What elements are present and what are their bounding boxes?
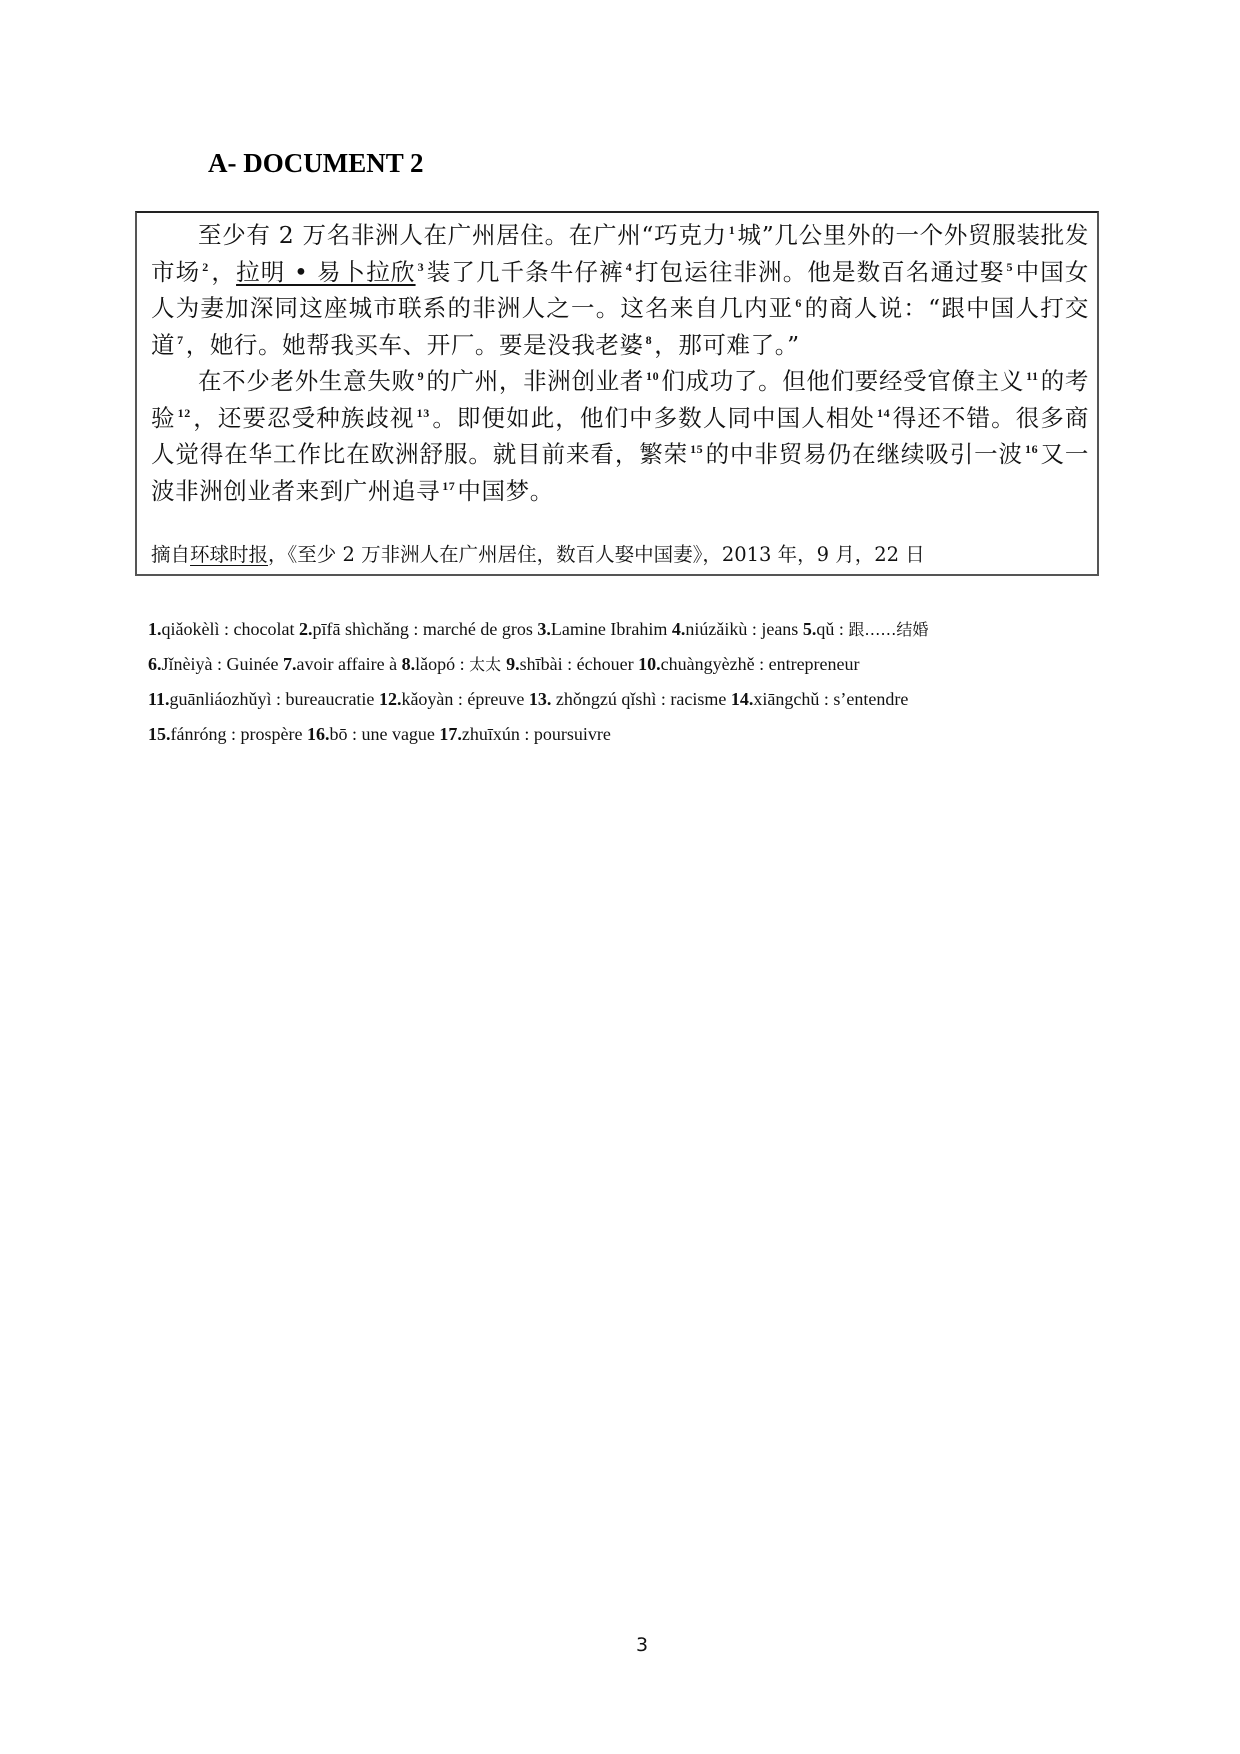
text-segment: ， xyxy=(211,258,236,286)
glossary-number: 1. xyxy=(148,619,162,639)
text-segment: ，那可难了。” xyxy=(654,331,799,359)
footnote-ref: 3 xyxy=(416,260,427,274)
glossary-number: 15. xyxy=(148,724,171,744)
source-publication: 环球时报 xyxy=(190,543,268,566)
text-segment: 至少有 2 万名非洲人在广州居住。在广州“巧克力 xyxy=(198,221,727,249)
underlined-name: 拉明 • 易卜拉欣 xyxy=(236,258,416,286)
glossary-line: 1.qiǎokèlì : chocolat 2.pīfā shìchǎng : … xyxy=(148,612,1108,647)
glossary-definition: avoir affaire à xyxy=(296,654,401,674)
text-segment: 打包运往非洲。他是数百名通过娶 xyxy=(634,258,1004,286)
footnote-ref: 17 xyxy=(440,479,457,493)
footnote-ref: 14 xyxy=(875,406,892,420)
text-segment: ，还要忍受种族歧视 xyxy=(193,404,415,432)
document-title: A- DOCUMENT 2 xyxy=(208,148,424,179)
text-segment: 装了几千条牛仔裤 xyxy=(426,258,624,286)
source-details: ，《至少 2 万非洲人在广州居住，数百人娶中国妻》，2013 年，9 月，22 … xyxy=(268,543,925,566)
glossary-chinese: 太太 xyxy=(469,655,506,674)
footnote-ref: 5 xyxy=(1004,260,1015,274)
glossary-definition: bō : une vague xyxy=(329,724,439,744)
text-segment: 中国梦。 xyxy=(457,477,553,505)
footnote-ref: 7 xyxy=(175,333,186,347)
source-prefix: 摘自 xyxy=(151,543,190,566)
vocabulary-glossary: 1.qiǎokèlì : chocolat 2.pīfā shìchǎng : … xyxy=(148,612,1108,752)
footnote-ref: 2 xyxy=(200,260,211,274)
glossary-number: 2. xyxy=(299,619,313,639)
glossary-number: 4. xyxy=(672,619,686,639)
text-segment: 们成功了。但他们要经受官僚主义 xyxy=(661,367,1024,395)
footnote-ref: 12 xyxy=(176,406,193,420)
text-segment: 的广州，非洲创业者 xyxy=(426,367,644,395)
glossary-chinese: 跟……结婚 xyxy=(848,620,928,639)
glossary-number: 17. xyxy=(439,724,462,744)
glossary-number: 14. xyxy=(731,689,754,709)
glossary-definition: niúzǎikù : jeans xyxy=(685,619,802,639)
footnote-ref: 1 xyxy=(727,223,738,237)
text-segment: 。即便如此，他们中多数人同中国人相处 xyxy=(432,404,875,432)
glossary-number: 12. xyxy=(379,689,402,709)
glossary-number: 7. xyxy=(283,654,297,674)
glossary-number: 3. xyxy=(537,619,551,639)
glossary-number: 11. xyxy=(148,689,170,709)
glossary-number: 9. xyxy=(506,654,520,674)
text-segment: 的中非贸易仍在继续吸引一波 xyxy=(705,440,1023,468)
glossary-line: 15.fánróng : prospère 16.bō : une vague … xyxy=(148,717,1108,752)
glossary-number: 6. xyxy=(148,654,162,674)
footnote-ref: 10 xyxy=(644,369,661,383)
article-box: 至少有 2 万名非洲人在广州居住。在广州“巧克力1城”几公里外的一个外贸服装批发… xyxy=(135,211,1099,576)
footnote-ref: 4 xyxy=(624,260,635,274)
footnote-ref: 16 xyxy=(1023,442,1040,456)
article-paragraph-2: 在不少老外生意失败9的广州，非洲创业者10们成功了。但他们要经受官僚主义11的考… xyxy=(151,363,1089,509)
glossary-line: 11.guānliáozhǔyì : bureaucratie 12.kǎoyà… xyxy=(148,682,1108,717)
glossary-number: 16. xyxy=(307,724,330,744)
glossary-definition: qǔ : xyxy=(816,619,848,639)
glossary-definition: lǎopó : xyxy=(415,654,469,674)
glossary-definition: xiāngchǔ : s’entendre xyxy=(753,689,908,709)
text-segment: 在不少老外生意失败 xyxy=(198,367,416,395)
glossary-definition: guānliáozhǔyì : bureaucratie xyxy=(170,689,379,709)
glossary-definition: qiǎokèlì : chocolat xyxy=(162,619,299,639)
glossary-definition: Lamine Ibrahim xyxy=(551,619,672,639)
glossary-definition: zhuīxún : poursuivre xyxy=(462,724,611,744)
glossary-definition: pīfā shìchǎng : marché de gros xyxy=(312,619,537,639)
footnote-ref: 8 xyxy=(644,333,655,347)
text-segment: ，她行。她帮我买车、开厂。要是没我老婆 xyxy=(186,331,644,359)
glossary-number: 8. xyxy=(402,654,416,674)
footnote-ref: 9 xyxy=(416,369,427,383)
glossary-line: 6.Jǐnèiyà : Guinée 7.avoir affaire à 8.l… xyxy=(148,647,1108,682)
footnote-ref: 13 xyxy=(415,406,432,420)
glossary-definition: Jǐnèiyà : Guinée xyxy=(162,654,283,674)
page-number: 3 xyxy=(636,1634,648,1656)
article-source: 摘自环球时报，《至少 2 万非洲人在广州居住，数百人娶中国妻》，2013 年，9… xyxy=(151,540,1087,570)
glossary-definition: fánróng : prospère xyxy=(171,724,307,744)
glossary-number: 5. xyxy=(803,619,817,639)
glossary-number: 10. xyxy=(638,654,661,674)
article-paragraph-1: 至少有 2 万名非洲人在广州居住。在广州“巧克力1城”几公里外的一个外贸服装批发… xyxy=(151,217,1089,363)
footnote-ref: 15 xyxy=(688,442,705,456)
glossary-definition: kǎoyàn : épreuve xyxy=(401,689,528,709)
glossary-definition: chuàngyèzhě : entrepreneur xyxy=(661,654,860,674)
footnote-ref: 6 xyxy=(793,296,804,310)
footnote-ref: 11 xyxy=(1024,369,1041,383)
glossary-number: 13. xyxy=(529,689,552,709)
glossary-definition: zhǒngzú qǐshì : racisme xyxy=(551,689,730,709)
glossary-definition: shībài : échouer xyxy=(520,654,638,674)
